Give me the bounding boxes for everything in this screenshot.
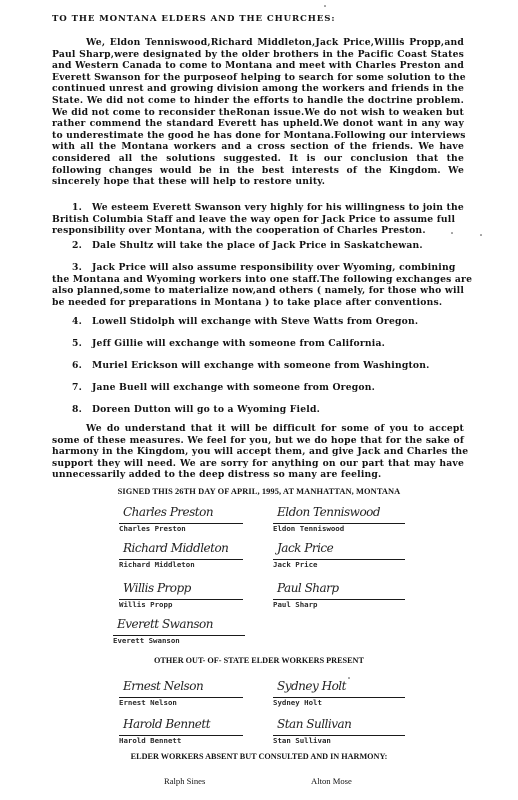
letter-heading: TO THE MONTANA ELDERS AND THE CHURCHES: [52, 14, 335, 24]
numbered-item: 2.Dale Shultz will take the place of Jac… [52, 240, 472, 252]
paragraph-line: harmony in the Kingdom, you will accept … [52, 446, 464, 458]
item-line: the Montana and Wyoming workers into one… [52, 274, 472, 286]
scanned-letter-page: TO THE MONTANA ELDERS AND THE CHURCHES: … [0, 0, 518, 800]
typed-signatory-name: Paul Sharp [273, 600, 405, 609]
scan-speck [324, 5, 326, 7]
handwritten-signature: Ernest Nelson [119, 679, 243, 697]
item-first-line: 8.Doreen Dutton will go to a Wyoming Fie… [52, 404, 472, 416]
item-line: also planned,some to materialize now,and… [52, 285, 472, 297]
absent-name-ralph-sines: Ralph Sines [164, 776, 205, 786]
signature-block: Everett SwansonEverett Swanson [113, 617, 245, 645]
numbered-item: 6.Muriel Erickson will exchange with som… [52, 360, 472, 372]
paragraph-line: and Western Canada to come to Montana an… [52, 60, 464, 72]
typed-signatory-name: Ernest Nelson [119, 698, 243, 707]
typed-signatory-name: Jack Price [273, 560, 405, 569]
scan-speck [480, 234, 482, 236]
handwritten-signature: Sydney Holt [273, 679, 405, 697]
paragraph-line: to underestimate the good he has done fo… [52, 130, 464, 142]
paragraph-line: some of these measures. We feel for you,… [52, 435, 464, 447]
paragraph-line: We do understand that it will be difficu… [52, 423, 464, 435]
signature-block: Sydney HoltSydney Holt [273, 679, 405, 707]
item-number: 7. [72, 382, 92, 394]
handwritten-signature: Everett Swanson [113, 617, 245, 635]
item-number: 4. [72, 316, 92, 328]
item-number: 6. [72, 360, 92, 372]
typed-signatory-name: Willis Propp [119, 600, 243, 609]
typed-signatory-name: Richard Middleton [119, 560, 243, 569]
item-first-line: 6.Muriel Erickson will exchange with som… [52, 360, 472, 372]
signature-block: Charles PrestonCharles Preston [119, 505, 243, 533]
out-of-state-label: OTHER OUT- OF- STATE ELDER WORKERS PRESE… [0, 656, 518, 665]
signature-block: Willis ProppWillis Propp [119, 581, 243, 609]
handwritten-signature: Jack Price [273, 541, 405, 559]
item-first-line: 1.We esteem Everett Swanson very highly … [52, 202, 472, 214]
handwritten-signature: Eldon Tenniswood [273, 505, 405, 523]
scan-speck [451, 232, 453, 234]
typed-signatory-name: Everett Swanson [113, 636, 245, 645]
item-first-line: 2.Dale Shultz will take the place of Jac… [52, 240, 472, 252]
intro-paragraph: We, Eldon Tenniswood,Richard Middleton,J… [52, 37, 464, 188]
item-number: 1. [72, 202, 92, 214]
numbered-item: 4.Lowell Stidolph will exchange with Ste… [52, 316, 472, 328]
signature-block: Richard MiddletonRichard Middleton [119, 541, 243, 569]
handwritten-signature: Harold Bennett [119, 717, 243, 735]
item-line: be needed for preparations in Montana ) … [52, 297, 472, 309]
item-number: 2. [72, 240, 92, 252]
paragraph-line: State. We did not come to hinder the eff… [52, 95, 464, 107]
typed-signatory-name: Eldon Tenniswood [273, 524, 405, 533]
handwritten-signature: Richard Middleton [119, 541, 243, 559]
signature-block: Paul SharpPaul Sharp [273, 581, 405, 609]
item-number: 3. [72, 262, 92, 274]
scan-speck [348, 677, 350, 679]
paragraph-line: unnecessarily added to the deep distress… [52, 469, 464, 481]
handwritten-signature: Willis Propp [119, 581, 243, 599]
numbered-item: 7.Jane Buell will exchange with someone … [52, 382, 472, 394]
numbered-item: 1.We esteem Everett Swanson very highly … [52, 202, 472, 237]
paragraph-line: sincerely hope that these will help to r… [52, 176, 464, 188]
item-first-line: 3.Jack Price will also assume responsibi… [52, 262, 472, 274]
handwritten-signature: Stan Sullivan [273, 717, 405, 735]
handwritten-signature: Charles Preston [119, 505, 243, 523]
item-first-line: 4.Lowell Stidolph will exchange with Ste… [52, 316, 472, 328]
signature-block: Ernest NelsonErnest Nelson [119, 679, 243, 707]
paragraph-line: We, Eldon Tenniswood,Richard Middleton,J… [52, 37, 464, 49]
signature-block: Stan SullivanStan Sullivan [273, 717, 405, 745]
paragraph-line: with all the Montana workers and a cross… [52, 141, 464, 153]
paragraph-line: Everett Swanson for the purposeof helpin… [52, 72, 464, 84]
item-number: 8. [72, 404, 92, 416]
paragraph-line: We did not come to reconsider theRonan i… [52, 107, 464, 119]
numbered-item: 3.Jack Price will also assume responsibi… [52, 262, 472, 308]
handwritten-signature: Paul Sharp [273, 581, 405, 599]
paragraph-line: following changes would be in the best i… [52, 165, 464, 177]
absent-name-alton-mose: Alton Mose [311, 776, 352, 786]
item-number: 5. [72, 338, 92, 350]
numbered-item: 8.Doreen Dutton will go to a Wyoming Fie… [52, 404, 472, 416]
paragraph-line: Paul Sharp,were designated by the older … [52, 49, 464, 61]
paragraph-line: continued unrest and growing division am… [52, 83, 464, 95]
signed-date-line: SIGNED THIS 26TH DAY OF APRIL, 1995, AT … [0, 487, 518, 496]
signature-block: Jack PriceJack Price [273, 541, 405, 569]
item-line: responsibility over Montana, with the co… [52, 225, 472, 237]
paragraph-line: considered all the solutions suggested. … [52, 153, 464, 165]
item-line: British Columbia Staff and leave the way… [52, 214, 472, 226]
typed-signatory-name: Sydney Holt [273, 698, 405, 707]
numbered-item: 5.Jeff Gillie will exchange with someone… [52, 338, 472, 350]
signature-block: Eldon TenniswoodEldon Tenniswood [273, 505, 405, 533]
paragraph-line: rather commend the standard Everett has … [52, 118, 464, 130]
paragraph-line: support they will need. We are sorry for… [52, 458, 464, 470]
signature-block: Harold BennettHarold Bennett [119, 717, 243, 745]
typed-signatory-name: Stan Sullivan [273, 736, 405, 745]
typed-signatory-name: Charles Preston [119, 524, 243, 533]
closing-paragraph: We do understand that it will be difficu… [52, 423, 464, 481]
absent-label: ELDER WORKERS ABSENT BUT CONSULTED AND I… [0, 752, 518, 761]
typed-signatory-name: Harold Bennett [119, 736, 243, 745]
item-first-line: 7.Jane Buell will exchange with someone … [52, 382, 472, 394]
item-first-line: 5.Jeff Gillie will exchange with someone… [52, 338, 472, 350]
